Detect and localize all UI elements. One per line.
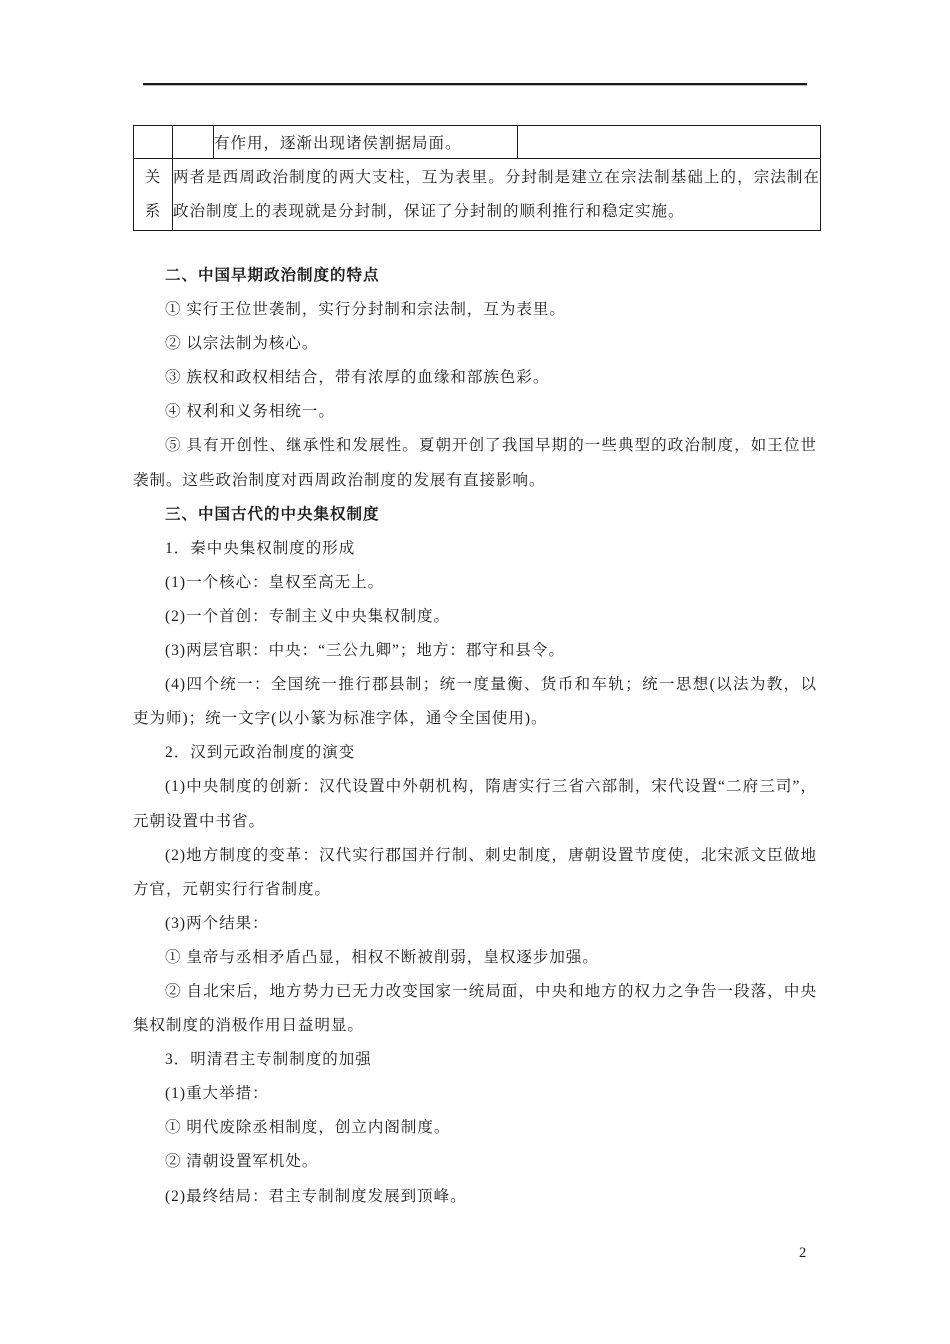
list-item: 3．明清君主专制制度的加强 <box>133 1043 817 1077</box>
header-rule <box>143 83 807 85</box>
table-cell-relation-label: 关 系 <box>134 159 173 231</box>
relation-table: 有作用，逐渐出现诸侯割据局面。 关 系 两者是西周政治制度的两大支柱，互为表里。… <box>133 125 821 231</box>
document-page: 有作用，逐渐出现诸侯割据局面。 关 系 两者是西周政治制度的两大支柱，互为表里。… <box>0 0 950 1344</box>
list-item: ① 实行王位世袭制，实行分封制和宗法制，互为表里。 <box>133 293 817 327</box>
list-item: (2)最终结局：君主专制制度发展到顶峰。 <box>133 1180 817 1214</box>
list-item: ② 清朝设置军机处。 <box>133 1145 817 1179</box>
table-cell-empty <box>518 126 821 159</box>
list-item: (3)两层官职：中央：“三公九卿”；地方：郡守和县令。 <box>133 634 817 668</box>
list-item: ① 皇帝与丞相矛盾凸显，相权不断被削弱，皇权逐步加强。 <box>133 941 817 975</box>
list-item: (2)一个首创：专制主义中央集权制度。 <box>133 600 817 634</box>
table-cell-empty <box>173 126 214 159</box>
list-item: (1)重大举措： <box>133 1077 817 1111</box>
list-item: (2)地方制度的变革：汉代实行郡国并行制、刺史制度，唐朝设置节度使，北宋派文臣做… <box>133 839 817 907</box>
list-item: ⑤ 具有开创性、继承性和发展性。夏朝开创了我国早期的一些典型的政治制度，如王位世… <box>133 429 817 497</box>
table-row: 有作用，逐渐出现诸侯割据局面。 <box>134 126 821 159</box>
section-heading: 二、中国早期政治制度的特点 <box>133 259 817 293</box>
table-cell-empty <box>134 126 173 159</box>
table-cell-continuation: 有作用，逐渐出现诸侯割据局面。 <box>214 126 518 159</box>
table-cell-relation-text: 两者是西周政治制度的两大支柱，互为表里。分封制是建立在宗法制基础上的，宗法制在政… <box>173 159 821 231</box>
list-item: (1)中央制度的创新：汉代设置中外朝机构，隋唐实行三省六部制，宋代设置“二府三司… <box>133 770 817 838</box>
list-item: 2．汉到元政治制度的演变 <box>133 736 817 770</box>
list-item: 1．秦中央集权制度的形成 <box>133 532 817 566</box>
list-item: (1)一个核心：皇权至高无上。 <box>133 566 817 600</box>
list-item: (4)四个统一：全国统一推行郡县制；统一度量衡、货币和车轨；统一思想(以法为教，… <box>133 668 817 736</box>
list-item: ① 明代废除丞相制度，创立内阁制度。 <box>133 1111 817 1145</box>
list-item: ③ 族权和政权相结合，带有浓厚的血缘和部族色彩。 <box>133 361 817 395</box>
list-item: (3)两个结果： <box>133 907 817 941</box>
document-body: 二、中国早期政治制度的特点 ① 实行王位世袭制，实行分封制和宗法制，互为表里。 … <box>133 259 817 1214</box>
list-item: ② 以宗法制为核心。 <box>133 327 817 361</box>
section-heading: 三、中国古代的中央集权制度 <box>133 498 817 532</box>
page-number: 2 <box>799 1245 806 1262</box>
list-item: ② 自北宋后，地方势力已无力改变国家一统局面，中央和地方的权力之争告一段落，中央… <box>133 975 817 1043</box>
table-row: 关 系 两者是西周政治制度的两大支柱，互为表里。分封制是建立在宗法制基础上的，宗… <box>134 159 821 231</box>
list-item: ④ 权利和义务相统一。 <box>133 395 817 429</box>
